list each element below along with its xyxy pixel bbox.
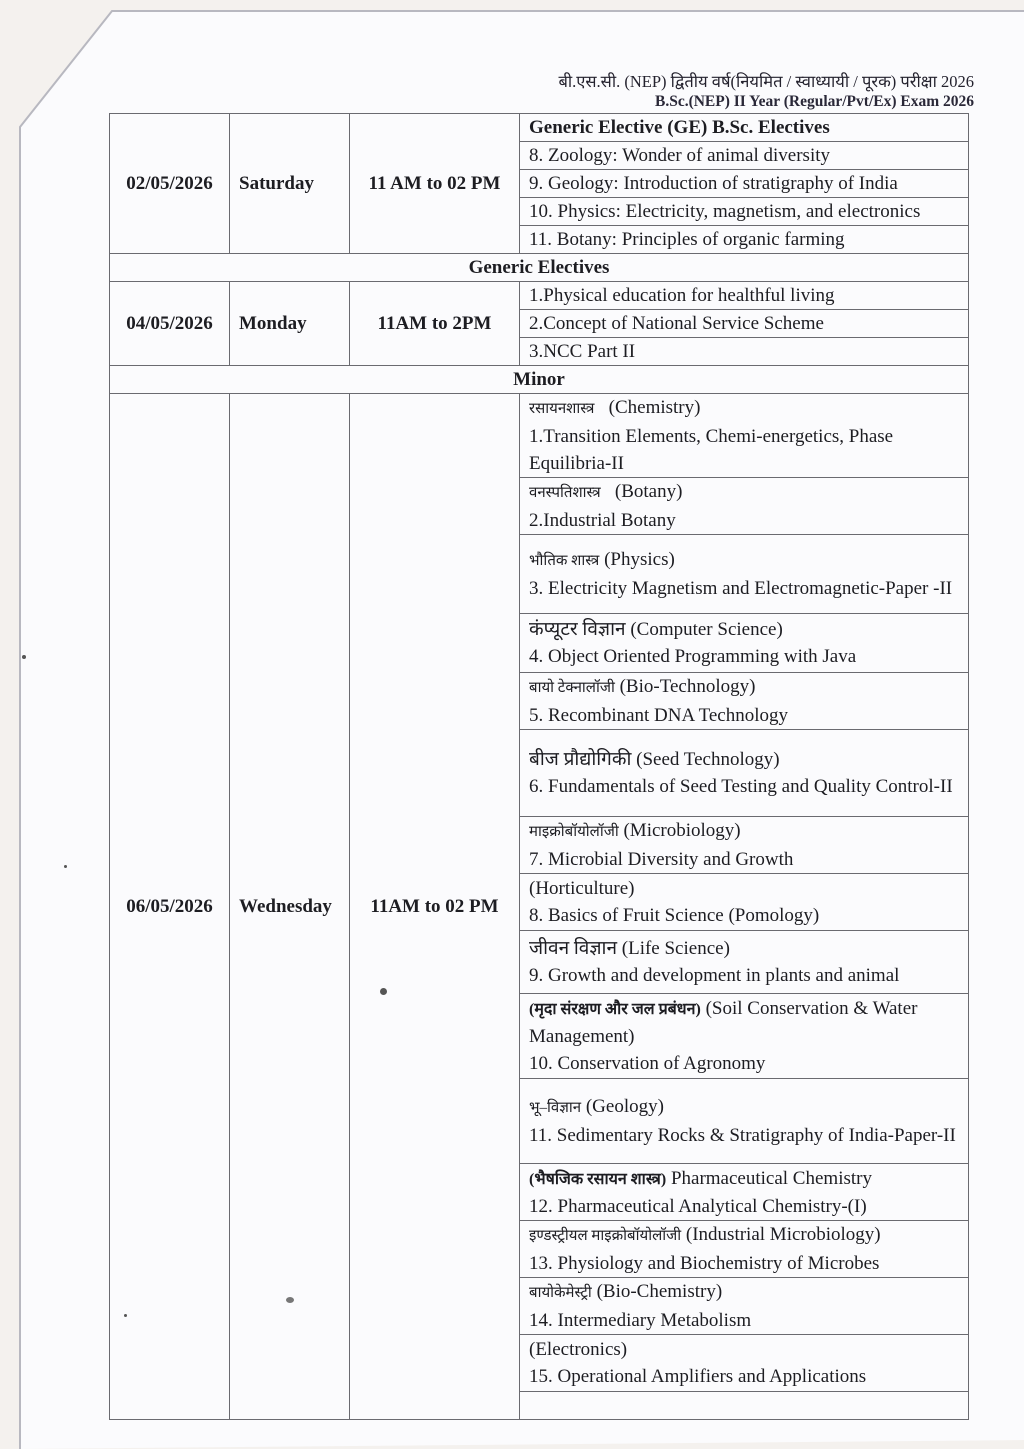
minor-subject-cell: (भैषजिक रसायन शास्त्र) Pharmaceutical Ch… bbox=[520, 1164, 969, 1221]
subject-name-english: (Industrial Microbiology) bbox=[686, 1224, 881, 1245]
subject-name-english: (Geology) bbox=[586, 1096, 664, 1117]
table-row: 04/05/2026 Monday 11AM to 2PM 1.Physical… bbox=[110, 282, 969, 310]
exam-date: 04/05/2026 bbox=[110, 282, 230, 366]
header-title-hindi: बी.एस.सी. (NEP) द्वितीय वर्ष(नियमित / स्… bbox=[558, 72, 974, 92]
subject-name-english: (Bio-Technology) bbox=[620, 676, 756, 697]
paper-title: 8. Basics of Fruit Science (Pomology) bbox=[529, 902, 959, 929]
minor-subject-cell: (Horticulture)8. Basics of Fruit Science… bbox=[520, 874, 969, 931]
exam-date: 06/05/2026 bbox=[110, 394, 230, 1420]
section-row: Minor bbox=[110, 366, 969, 394]
minor-subject-cell: (मृदा संरक्षण और जल प्रबंधन) (Soil Conse… bbox=[520, 994, 969, 1079]
subject-name-english: (Bio-Chemistry) bbox=[597, 1281, 723, 1302]
subject-name-hindi: बायो टेक्नालॉजी bbox=[529, 680, 615, 696]
subject-name-line: इण्डस्ट्रीयल माइक्रोबॉयोलॉजी (Industrial… bbox=[529, 1221, 959, 1250]
minor-subject-cell: इण्डस्ट्रीयल माइक्रोबॉयोलॉजी (Industrial… bbox=[520, 1221, 969, 1278]
table-row: 06/05/2026 Wednesday 11AM to 02 PM रसायन… bbox=[110, 394, 969, 478]
minor-subject-cell: बायोकेमेस्ट्री (Bio-Chemistry)14. Interm… bbox=[520, 1278, 969, 1335]
exam-date: 02/05/2026 bbox=[110, 114, 230, 254]
paper-title: 2.Industrial Botany bbox=[529, 507, 959, 534]
paper-title: 13. Physiology and Biochemistry of Micro… bbox=[529, 1250, 959, 1277]
subject-name-english: (Life Science) bbox=[622, 938, 730, 959]
subject-name-hindi: (भैषजिक रसायन शास्त्र) bbox=[529, 1171, 666, 1188]
minor-subject-cell: भौतिक शास्त्र (Physics)3. Electricity Ma… bbox=[520, 535, 969, 614]
minor-subject-cell: माइक्रोबॉयोलॉजी (Microbiology)7. Microbi… bbox=[520, 817, 969, 874]
paper-title: 6. Fundamentals of Seed Testing and Qual… bbox=[529, 773, 959, 800]
table-row: 02/05/2026 Saturday 11 AM to 02 PM Gener… bbox=[110, 114, 969, 142]
subject-item: 1.Physical education for healthful livin… bbox=[520, 282, 969, 310]
minor-subject-cell: (Electronics)15. Operational Amplifiers … bbox=[520, 1335, 969, 1392]
exam-day: Wednesday bbox=[230, 394, 350, 1420]
paper-title: 7. Microbial Diversity and Growth bbox=[529, 846, 959, 873]
exam-schedule-table: 02/05/2026 Saturday 11 AM to 02 PM Gener… bbox=[109, 113, 969, 1420]
paper-title: 10. Conservation of Agronomy bbox=[529, 1050, 959, 1077]
minor-subject-cell: बायो टेक्नालॉजी (Bio-Technology)5. Recom… bbox=[520, 673, 969, 730]
subject-name-hindi: इण्डस्ट्रीयल माइक्रोबॉयोलॉजी bbox=[529, 1228, 681, 1244]
subject-name-english: (Microbiology) bbox=[623, 820, 740, 841]
subject-name-line: भौतिक शास्त्र (Physics) bbox=[529, 546, 959, 575]
subject-name-english: (Chemistry) bbox=[609, 397, 701, 418]
subject-name-line: भू–विज्ञान (Geology) bbox=[529, 1093, 959, 1122]
subject-name-hindi: भू–विज्ञान bbox=[529, 1100, 581, 1116]
subject-name-line: रसायनशास्त्र (Chemistry) bbox=[529, 394, 959, 423]
subject-item: 2.Concept of National Service Scheme bbox=[520, 310, 969, 338]
section-row: Generic Electives bbox=[110, 254, 969, 282]
paper-title: 1.Transition Elements, Chemi-energetics,… bbox=[529, 423, 959, 477]
minor-subject-cell: जीवन विज्ञान (Life Science)9. Growth and… bbox=[520, 931, 969, 994]
subject-name-hindi: रसायनशास्त्र bbox=[529, 401, 594, 417]
subject-name-line: बायोकेमेस्ट्री (Bio-Chemistry) bbox=[529, 1278, 959, 1307]
subject-name-line: (भैषजिक रसायन शास्त्र) Pharmaceutical Ch… bbox=[529, 1165, 959, 1193]
paper-title: 4. Object Oriented Programming with Java bbox=[529, 643, 959, 670]
subject-name-english: (Computer Science) bbox=[630, 619, 782, 640]
scan-speck bbox=[380, 988, 387, 995]
section-heading: Generic Electives bbox=[110, 254, 969, 282]
scan-speck bbox=[124, 1314, 127, 1317]
header-title-english: B.Sc.(NEP) II Year (Regular/Pvt/Ex) Exam… bbox=[558, 92, 974, 111]
subject-name-english: (Botany) bbox=[615, 481, 683, 502]
subject-name-line: बायो टेक्नालॉजी (Bio-Technology) bbox=[529, 673, 959, 702]
subject-name-line: वनस्पतिशास्त्र (Botany) bbox=[529, 478, 959, 507]
minor-subject-cell: रसायनशास्त्र (Chemistry)1.Transition Ele… bbox=[520, 394, 969, 478]
subject-name-english: Pharmaceutical Chemistry bbox=[671, 1168, 872, 1189]
paper-title: 14. Intermediary Metabolism bbox=[529, 1307, 959, 1334]
subject-name-line: बीज प्रौद्योगिकी (Seed Technology) bbox=[529, 746, 959, 773]
subject-item: 11. Botany: Principles of organic farmin… bbox=[520, 226, 969, 254]
section-heading: Minor bbox=[110, 366, 969, 394]
subject-item: 9. Geology: Introduction of stratigraphy… bbox=[520, 170, 969, 198]
scan-speck bbox=[286, 1297, 294, 1303]
subject-name-english: (Physics) bbox=[604, 549, 675, 570]
subject-name-line: कंप्यूटर विज्ञान (Computer Science) bbox=[529, 616, 959, 643]
subject-name-line: जीवन विज्ञान (Life Science) bbox=[529, 935, 959, 962]
exam-day: Monday bbox=[230, 282, 350, 366]
minor-subject-cell: बीज प्रौद्योगिकी (Seed Technology)6. Fun… bbox=[520, 730, 969, 817]
subject-name-hindi: बीज प्रौद्योगिकी bbox=[529, 749, 631, 770]
paper-title: 11. Sedimentary Rocks & Stratigraphy of … bbox=[529, 1122, 959, 1149]
paper-title: 5. Recombinant DNA Technology bbox=[529, 702, 959, 729]
exam-time: 11AM to 02 PM bbox=[350, 394, 520, 1420]
subject-name-hindi: कंप्यूटर विज्ञान bbox=[529, 619, 626, 640]
subject-item: 10. Physics: Electricity, magnetism, and… bbox=[520, 198, 969, 226]
subject-name-hindi: वनस्पतिशास्त्र bbox=[529, 485, 601, 501]
subject-group-heading: Generic Elective (GE) B.Sc. Electives bbox=[520, 114, 969, 142]
minor-subject-cell: वनस्पतिशास्त्र (Botany)2.Industrial Bota… bbox=[520, 478, 969, 535]
subject-name-english: (Seed Technology) bbox=[636, 749, 779, 770]
empty-cell bbox=[520, 1392, 969, 1420]
subject-name-line: (मृदा संरक्षण और जल प्रबंधन) (Soil Conse… bbox=[529, 995, 959, 1050]
subject-name-line: (Horticulture) bbox=[529, 875, 959, 902]
paper-title: 9. Growth and development in plants and … bbox=[529, 962, 959, 989]
subject-name-hindi: बायोकेमेस्ट्री bbox=[529, 1285, 592, 1301]
subject-name-hindi: माइक्रोबॉयोलॉजी bbox=[529, 824, 619, 840]
scan-speck bbox=[64, 865, 67, 868]
subject-name-english: (Horticulture) bbox=[529, 878, 635, 899]
subject-name-hindi: (मृदा संरक्षण और जल प्रबंधन) bbox=[529, 1001, 701, 1018]
subject-item: 3.NCC Part II bbox=[520, 338, 969, 366]
paper-title: 15. Operational Amplifiers and Applicati… bbox=[529, 1363, 959, 1390]
subject-name-english: (Electronics) bbox=[529, 1339, 627, 1360]
paper-title: 12. Pharmaceutical Analytical Chemistry-… bbox=[529, 1193, 959, 1220]
subject-name-line: माइक्रोबॉयोलॉजी (Microbiology) bbox=[529, 817, 959, 846]
subject-item: 8. Zoology: Wonder of animal diversity bbox=[520, 142, 969, 170]
exam-time: 11AM to 2PM bbox=[350, 282, 520, 366]
subject-name-hindi: भौतिक शास्त्र bbox=[529, 553, 599, 569]
minor-subject-cell: कंप्यूटर विज्ञान (Computer Science)4. Ob… bbox=[520, 614, 969, 673]
document-header: बी.एस.सी. (NEP) द्वितीय वर्ष(नियमित / स्… bbox=[558, 72, 974, 111]
scan-speck bbox=[22, 655, 26, 659]
exam-time: 11 AM to 02 PM bbox=[350, 114, 520, 254]
subject-name-hindi: जीवन विज्ञान bbox=[529, 938, 617, 959]
minor-subject-cell: भू–विज्ञान (Geology)11. Sedimentary Rock… bbox=[520, 1079, 969, 1164]
paper-title: 3. Electricity Magnetism and Electromagn… bbox=[529, 575, 959, 602]
subject-name-line: (Electronics) bbox=[529, 1336, 959, 1363]
exam-day: Saturday bbox=[230, 114, 350, 254]
